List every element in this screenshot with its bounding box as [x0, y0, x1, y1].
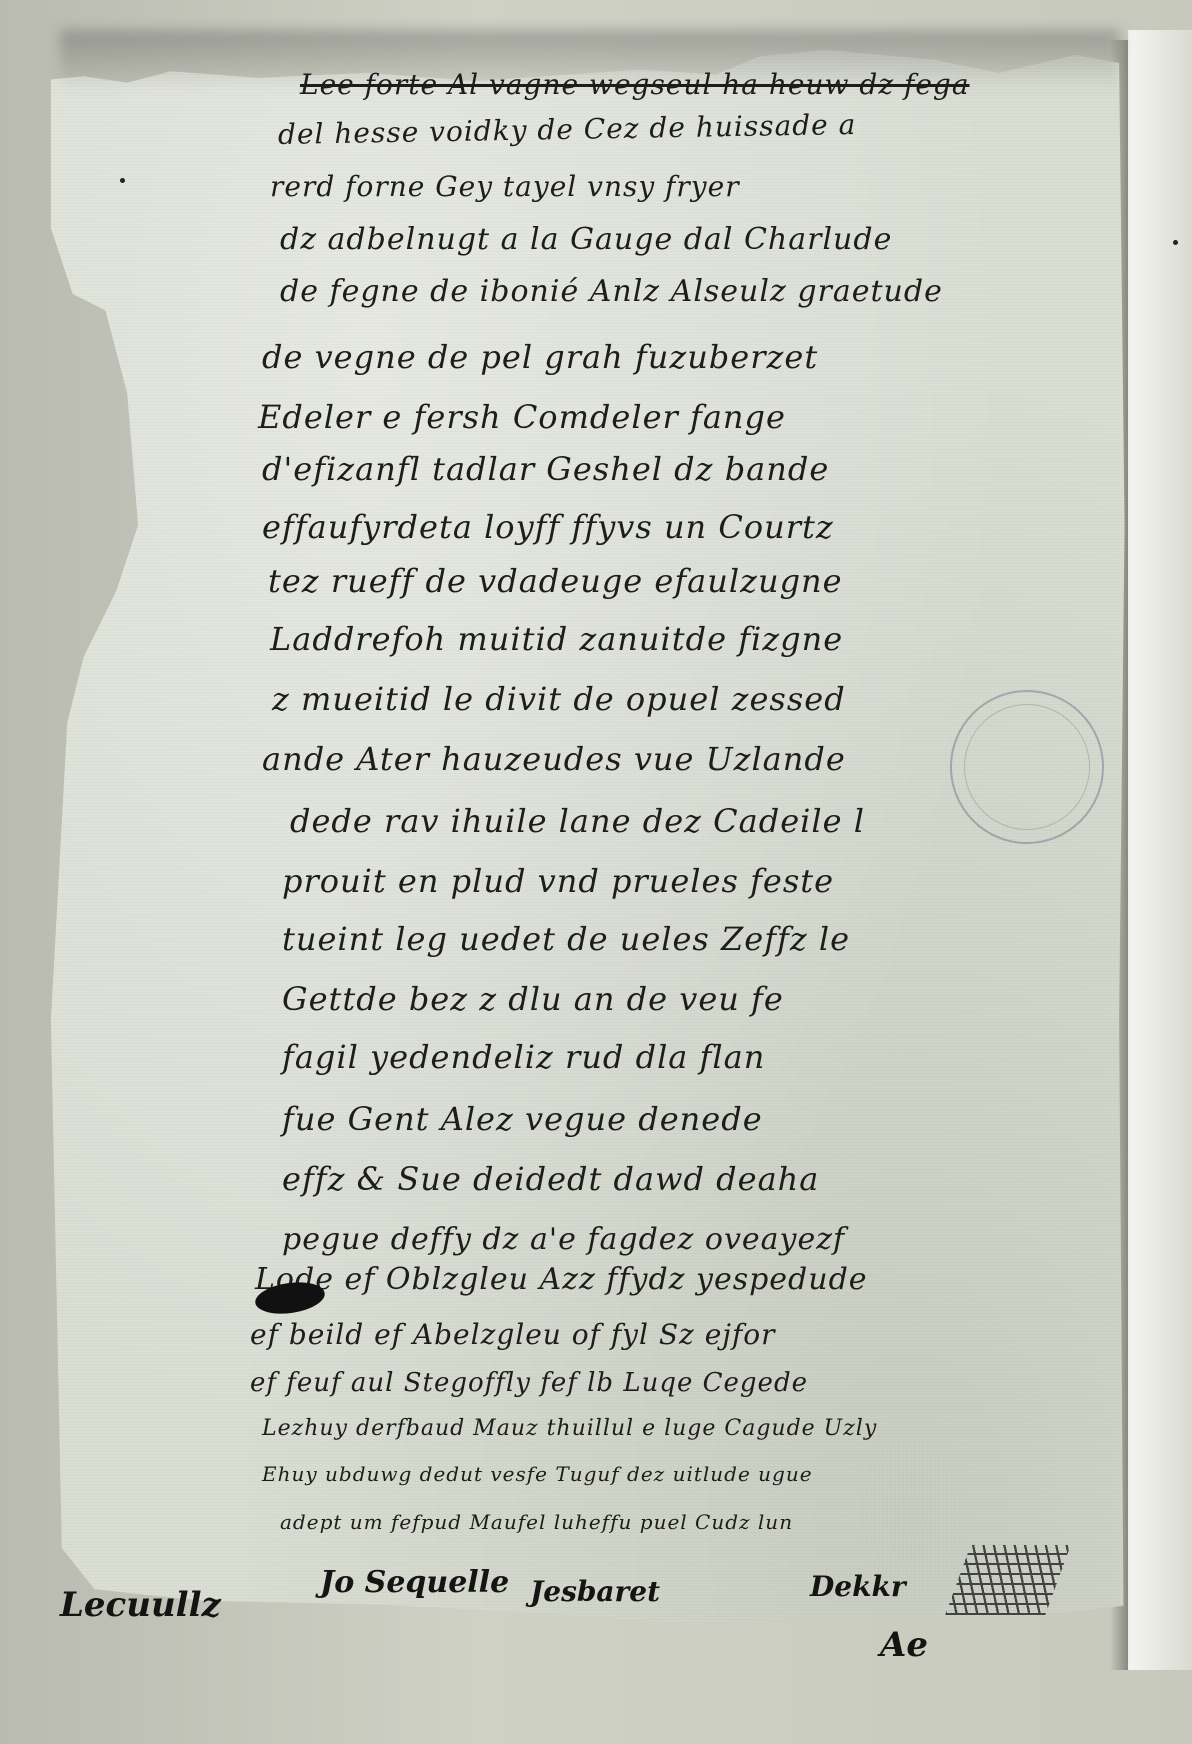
text-line: Lode ef Oblzgleu Azz ffydz yespedude: [255, 1262, 868, 1297]
text-line: Edeler e fersh Comdeler fange: [258, 398, 786, 436]
text-line: rerd forne Gey tayel vnsy fryer: [270, 170, 740, 203]
text-line: prouit en plud vnd prueles feste: [282, 862, 834, 900]
text-line: ef feuf aul Stegoffly fef lb Luqe Cegede: [250, 1368, 808, 1398]
text-line: d'efizanfl tadlar Geshel dz bande: [262, 450, 829, 488]
signature: Jo Sequelle: [320, 1565, 509, 1600]
signature: Dekkr: [810, 1570, 906, 1603]
text-line: adept um fefpud Maufel luheffu puel Cudz…: [280, 1510, 793, 1534]
signature: Lecuullz: [60, 1585, 221, 1625]
text-line: fue Gent Alez vegue denede: [282, 1100, 763, 1138]
ink-dot: [120, 178, 125, 183]
signature: Jesbaret: [530, 1575, 660, 1608]
text-line: dede rav ihuile lane dez Cadeile l: [290, 802, 865, 840]
text-line: pegue deffy dz a'e fagdez oveayezf: [282, 1222, 845, 1257]
text-line: del hesse voidky de Cez de huissade a: [278, 108, 857, 151]
ink-dot: [1173, 240, 1178, 245]
text-line: tueint leg uedet de ueles Zeffz le: [282, 920, 850, 958]
text-line: dz adbelnugt a la Gauge dal Charlude: [280, 222, 892, 257]
seal-stamp: [950, 690, 1104, 844]
text-line: Gettde bez z dlu an de veu fe: [282, 980, 784, 1018]
signature: Ae: [880, 1625, 928, 1665]
text-line: de vegne de pel grah fuzuberzet: [262, 338, 818, 376]
text-line: Laddrefoh muitid zanuitde fizgne: [270, 620, 843, 658]
manuscript-text: Lee forte Al vagne wegseul ha heuw dz fe…: [0, 0, 1192, 1744]
text-line: Lezhuy derfbaud Mauz thuillul e luge Cag…: [262, 1416, 877, 1441]
text-line: fagil yedendeliz rud dla flan: [282, 1038, 765, 1076]
text-line: Lee forte Al vagne wegseul ha heuw dz fe…: [300, 68, 970, 101]
text-line: ef beild ef Abelzgleu of fyl Sz ejfor: [250, 1318, 776, 1351]
text-line: z mueitid le divit de opuel zessed: [272, 680, 846, 718]
text-line: Ehuy ubduwg dedut vesfe Tuguf dez uitlud…: [262, 1462, 813, 1486]
text-line: de fegne de ibonié Anlz Alseulz graetude: [280, 274, 943, 309]
text-line: effz & Sue deidedt dawd deaha: [282, 1160, 819, 1198]
text-line: effaufyrdeta loyff ffyvs un Courtz: [262, 508, 834, 546]
text-line: tez rueff de vdadeuge efaulzugne: [268, 562, 843, 600]
text-line: ande Ater hauzeudes vue Uzlande: [262, 740, 846, 778]
